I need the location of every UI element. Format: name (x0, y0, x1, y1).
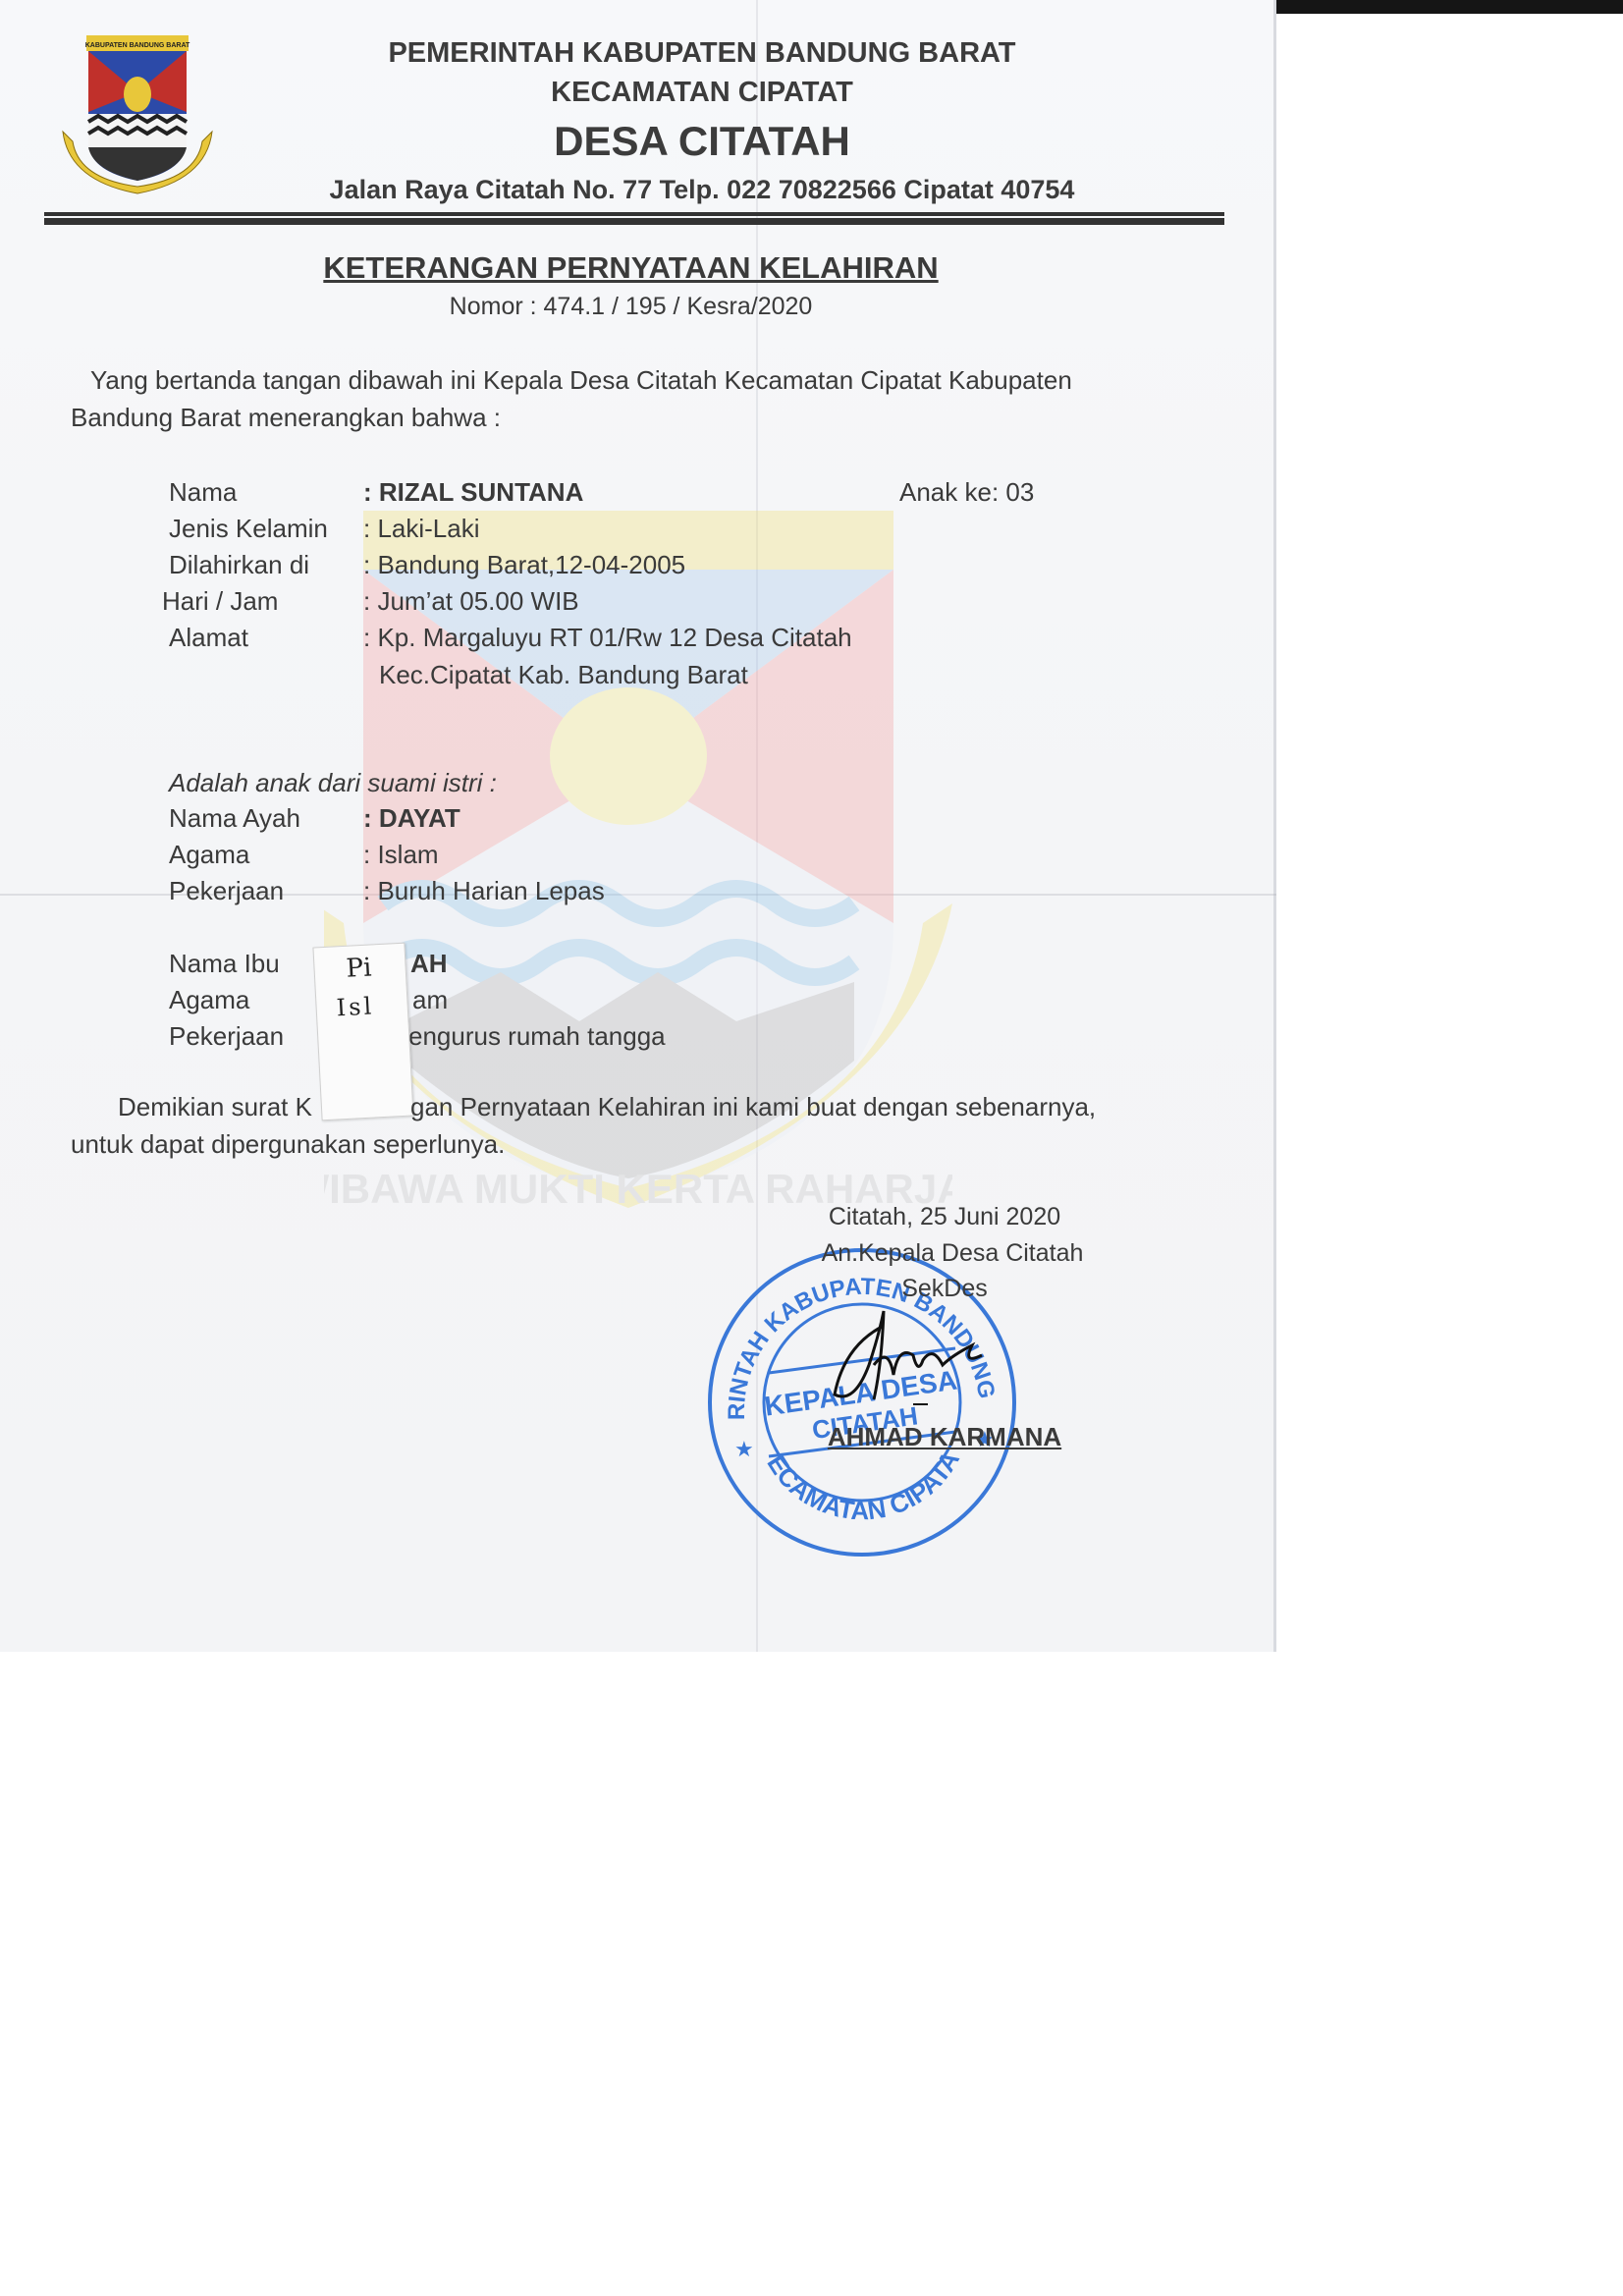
field-label-birthplace: Dilahirkan di (169, 550, 309, 580)
letterhead-district: KECAMATAN CIPATAT (147, 77, 1257, 109)
signature-place-date: Citatah, 25 Juni 2020 (738, 1203, 1151, 1231)
field-value-address: : Kp. Margaluyu RT 01/Rw 12 Desa Citatah (363, 623, 852, 653)
signer-name: AHMAD KARMANA (738, 1422, 1151, 1452)
father-value-occupation: : Buruh Harian Lepas (363, 876, 605, 906)
letterhead-divider-thick (44, 218, 1224, 225)
letterhead-divider (44, 212, 1224, 216)
field-label-gender: Jenis Kelamin (169, 514, 328, 544)
mother-value-name: AH (410, 949, 448, 979)
patch-handwriting-religion: Isl (336, 992, 375, 1021)
letterhead-government: PEMERINTAH KABUPATEN BANDUNG BARAT (147, 37, 1257, 70)
document-number: Nomor : 474.1 / 195 / Kesra/2020 (0, 293, 1262, 321)
handwritten-signature-icon (825, 1306, 1001, 1414)
document-page: WIBAWA MUKTI KERTA RAHARJA KABUPATEN BAN… (0, 0, 1276, 1652)
father-value-name: : DAYAT (363, 803, 460, 834)
mother-label-religion: Agama (169, 985, 249, 1015)
parents-intro: Adalah anak dari suami istri : (169, 768, 497, 798)
field-value-address-line2: Kec.Cipatat Kab. Bandung Barat (379, 660, 748, 690)
handwritten-correction-patch: Pi Isl (312, 943, 413, 1121)
field-value-day-time: : Jum’at 05.00 WIB (363, 586, 579, 617)
field-label-day-time: Hari / Jam (162, 586, 278, 617)
father-label-occupation: Pekerjaan (169, 876, 284, 906)
scan-dark-edge (1262, 0, 1623, 14)
field-label-address: Alamat (169, 623, 248, 653)
signature-on-behalf: An.Kepala Desa Citatah (746, 1239, 1159, 1268)
mother-value-religion: am (412, 985, 448, 1015)
field-value-birthplace: : Bandung Barat,12-04-2005 (363, 550, 685, 580)
letterhead-address: Jalan Raya Citatah No. 77 Telp. 022 7082… (147, 175, 1257, 205)
intro-line-1: Yang bertanda tangan dibawah ini Kepala … (90, 365, 1072, 396)
field-value-name: : RIZAL SUNTANA (363, 477, 583, 508)
field-label-name: Nama (169, 477, 237, 508)
field-value-gender: : Laki-Laki (363, 514, 480, 544)
father-label-religion: Agama (169, 840, 249, 870)
document-title: KETERANGAN PERNYATAAN KELAHIRAN (0, 250, 1262, 286)
intro-line-2: Bandung Barat menerangkan bahwa : (71, 403, 501, 433)
closing-line-1-start: Demikian surat K (118, 1092, 312, 1122)
closing-line-2: untuk dapat dipergunakan seperlunya. (71, 1129, 505, 1160)
mother-label-occupation: Pekerjaan (169, 1021, 284, 1052)
patch-handwriting-name: Pi (346, 953, 372, 983)
child-order: Anak ke: 03 (899, 477, 1034, 508)
letterhead-village: DESA CITATAH (147, 118, 1257, 165)
mother-label-name: Nama Ibu (169, 949, 280, 979)
father-value-religion: : Islam (363, 840, 439, 870)
mother-value-occupation: engurus rumah tangga (408, 1021, 666, 1052)
closing-line-1-end: gan Pernyataan Kelahiran ini kami buat d… (410, 1092, 1096, 1122)
signature-position: SekDes (738, 1275, 1151, 1303)
father-label-name: Nama Ayah (169, 803, 300, 834)
